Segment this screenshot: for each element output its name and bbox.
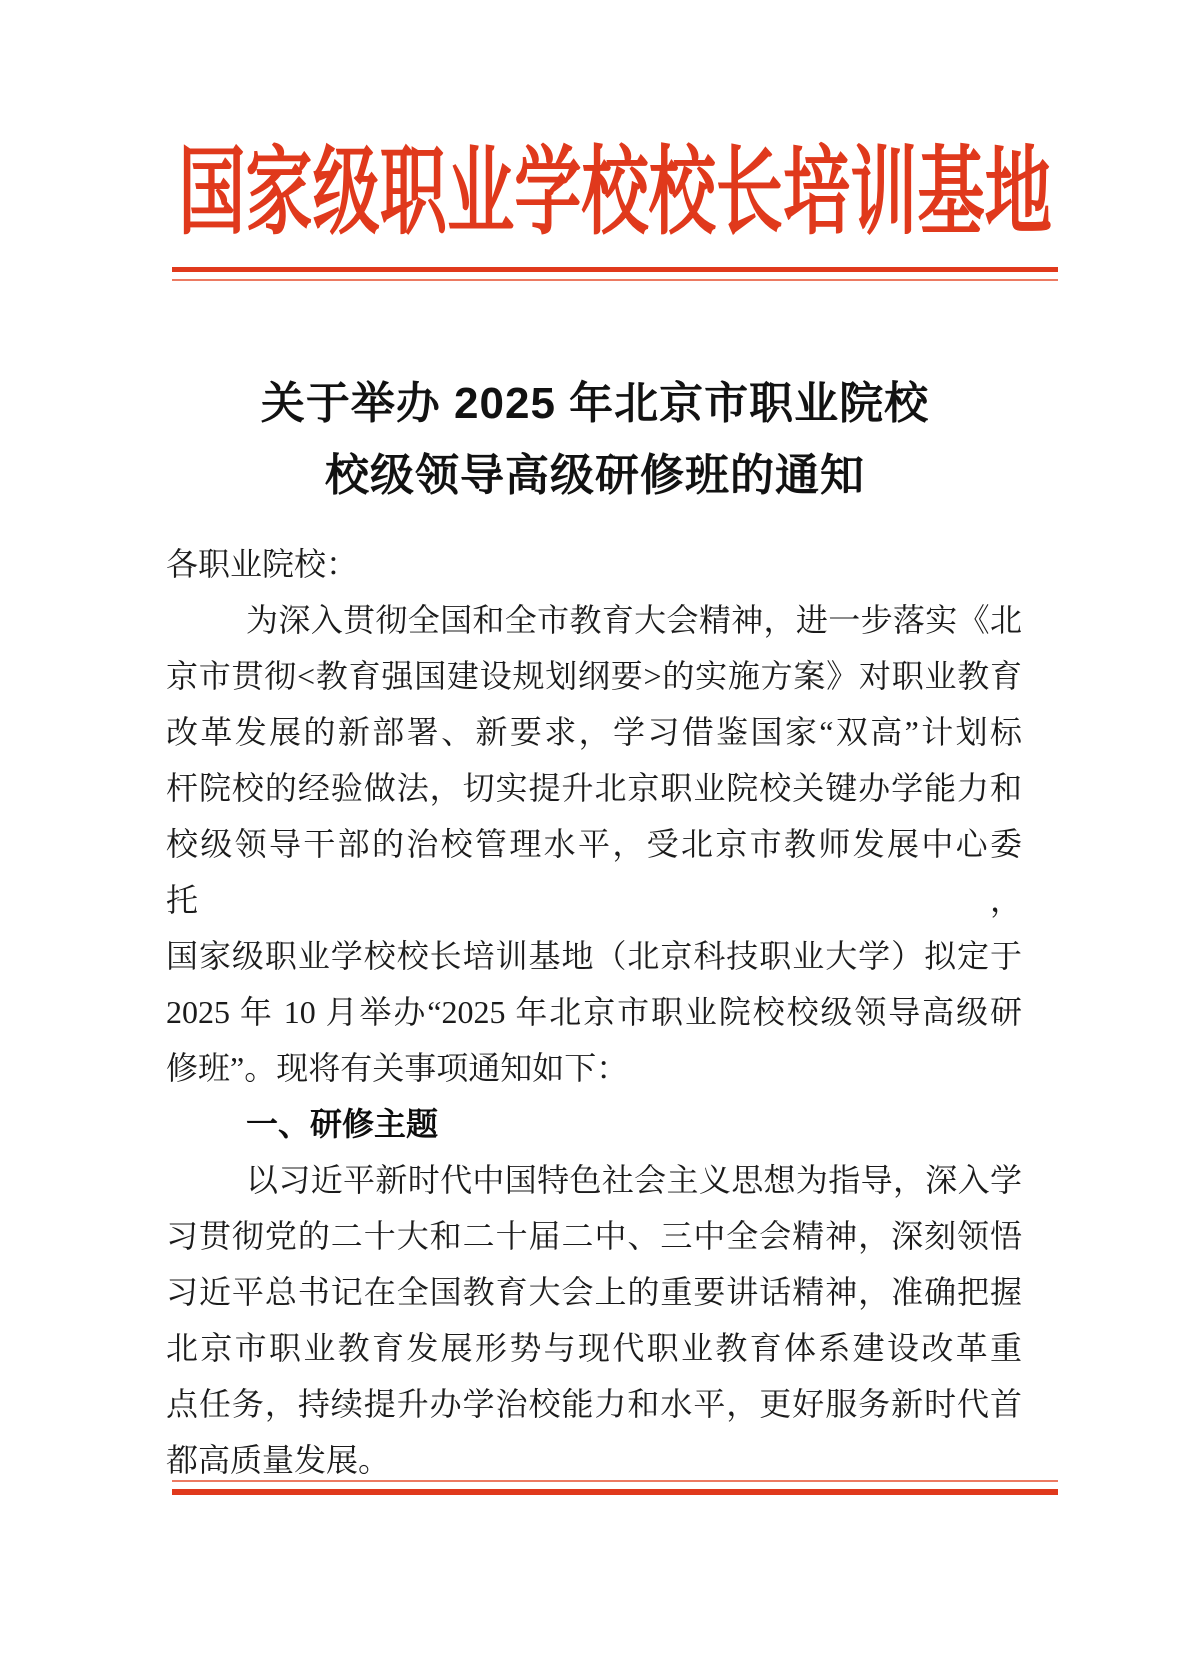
document-title-line2: 校级领导高级研修班的通知	[0, 440, 1190, 512]
body-line: 修班”。现将有关事项通知如下：	[166, 1040, 1022, 1096]
body-line: 国家级职业学校校长培训基地（北京科技职业大学）拟定于	[166, 928, 1022, 984]
notice-document-page: 国家级职业学校校长培训基地 关于举办 2025 年北京市职业院校 校级领导高级研…	[0, 0, 1190, 1678]
body-line: 点任务，持续提升办学治校能力和水平，更好服务新时代首	[166, 1376, 1022, 1432]
document-title-line1: 关于举办 2025 年北京市职业院校	[0, 368, 1190, 440]
body-line: 北京市职业教育发展形势与现代职业教育体系建设改革重	[166, 1320, 1022, 1376]
body-line: 京市贯彻<教育强国建设规划纲要>的实施方案》对职业教育	[166, 648, 1022, 704]
body-line: 以习近平新时代中国特色社会主义思想为指导，深入学	[166, 1152, 1022, 1208]
body-line: 为深入贯彻全国和全市教育大会精神，进一步落实《北	[166, 592, 1022, 648]
letterhead-title: 国家级职业学校校长培训基地	[178, 143, 1052, 244]
body-line: 杆院校的经验做法，切实提升北京职业院校关键办学能力和	[166, 760, 1022, 816]
body-line: 2025 年 10 月举办“2025 年北京市职业院校校级领导高级研	[166, 984, 1022, 1040]
footer-rule-thick	[172, 1489, 1058, 1495]
header-rule-thin	[172, 279, 1058, 281]
body-line: 习贯彻党的二十大和二十届二中、三中全会精神，深刻领悟	[166, 1208, 1022, 1264]
section-heading: 一、研修主题	[166, 1096, 1022, 1152]
header-rule-thick	[172, 267, 1058, 272]
body-text: 各职业院校：为深入贯彻全国和全市教育大会精神，进一步落实《北京市贯彻<教育强国建…	[166, 536, 1022, 1488]
body-line: 校级领导干部的治校管理水平，受北京市教师发展中心委托，	[166, 816, 1022, 928]
footer-rule-thin	[172, 1480, 1058, 1482]
body-line: 习近平总书记在全国教育大会上的重要讲话精神，准确把握	[166, 1264, 1022, 1320]
footer-rules	[172, 1480, 1058, 1495]
body-line: 各职业院校：	[166, 536, 1022, 592]
document-title: 关于举办 2025 年北京市职业院校 校级领导高级研修班的通知	[0, 368, 1190, 512]
body-line: 改革发展的新部署、新要求，学习借鉴国家“双高”计划标	[166, 704, 1022, 760]
letterhead: 国家级职业学校校长培训基地	[172, 140, 1058, 246]
header-rules	[172, 267, 1058, 281]
